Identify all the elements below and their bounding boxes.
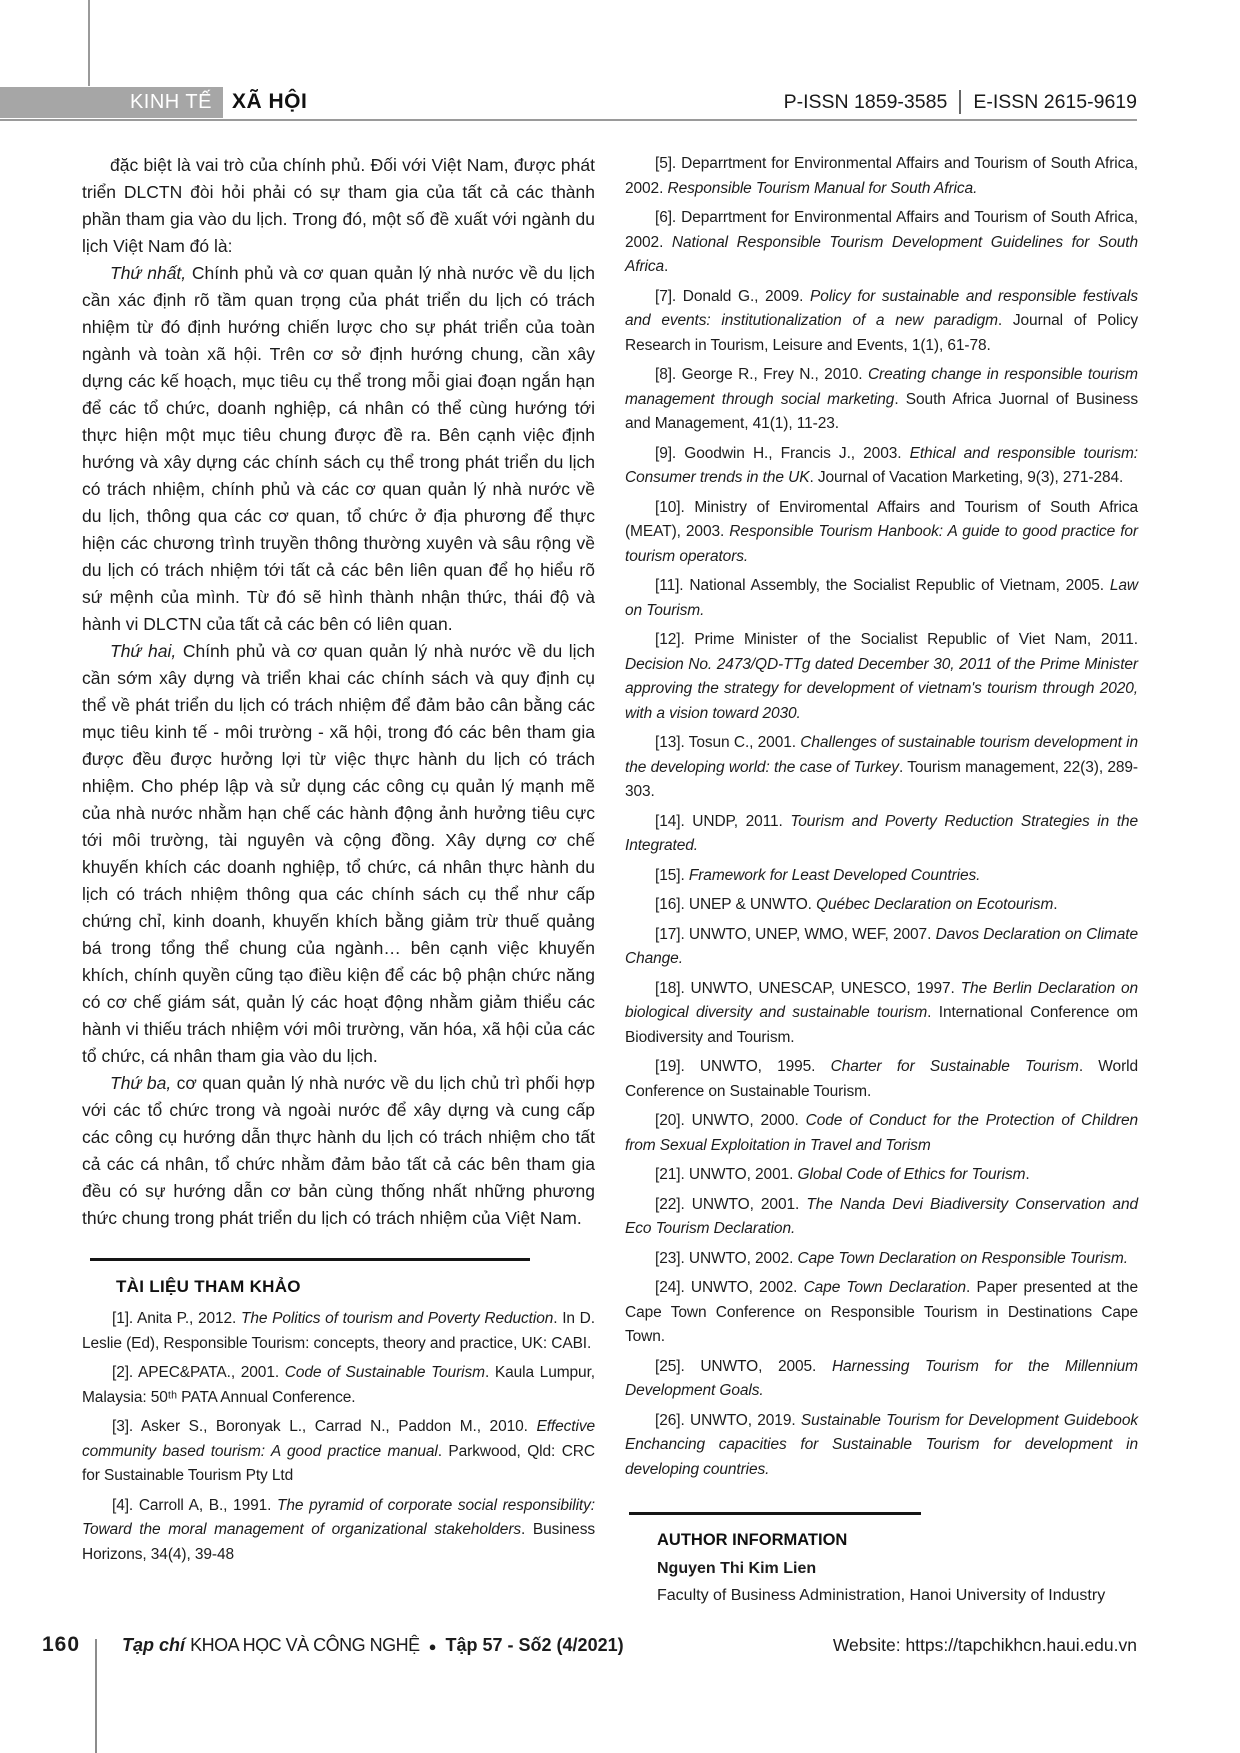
reference-item: [5]. Deparrtment for Environmental Affai… bbox=[625, 152, 1138, 201]
footer-website: Website: https://tapchikhcn.haui.edu.vn bbox=[833, 1635, 1137, 1656]
reference-item: [15]. Framework for Least Developed Coun… bbox=[625, 864, 1138, 889]
reference-item: [19]. UNWTO, 1995. Charter for Sustainab… bbox=[625, 1055, 1138, 1104]
journal-name: KHOA HỌC VÀ CÔNG NGHỆ bbox=[190, 1635, 420, 1655]
footer-margin-rule bbox=[95, 1639, 97, 1753]
body-paragraph: Thứ hai, Chính phủ và cơ quan quản lý nh… bbox=[82, 638, 595, 1070]
journal-page: KINH TẾXÃ HỘI P-ISSN 1859-3585 E-ISSN 26… bbox=[0, 0, 1240, 1753]
p-issn-label: P-ISSN 1859-3585 bbox=[784, 91, 948, 114]
reference-item: [7]. Donald G., 2009. Policy for sustain… bbox=[625, 285, 1138, 359]
reference-item: [4]. Carroll A, B., 1991. The pyramid of… bbox=[82, 1494, 595, 1568]
page-number: 160 bbox=[42, 1633, 80, 1657]
body-paragraph: đặc biệt là vai trò của chính phủ. Đối v… bbox=[82, 152, 595, 260]
references-list-left: [1]. Anita P., 2012. The Politics of tou… bbox=[82, 1307, 595, 1567]
reference-item: [8]. George R., Frey N., 2010. Creating … bbox=[625, 363, 1138, 437]
journal-prefix: Tạp chí bbox=[122, 1635, 185, 1655]
reference-item: [6]. Deparrtment for Environmental Affai… bbox=[625, 206, 1138, 280]
body-paragraph: Thứ nhất, Chính phủ và cơ quan quản lý n… bbox=[82, 260, 595, 638]
reference-item: [14]. UNDP, 2011. Tourism and Poverty Re… bbox=[625, 810, 1138, 859]
page-footer: 160 Tạp chí KHOA HỌC VÀ CÔNG NGHỆ ● Tập … bbox=[42, 1633, 1137, 1657]
left-column: đặc biệt là vai trò của chính phủ. Đối v… bbox=[82, 152, 595, 1605]
header-rule bbox=[0, 119, 1137, 121]
reference-item: [22]. UNWTO, 2001. The Nanda Devi Biadiv… bbox=[625, 1193, 1138, 1242]
website-url: https://tapchikhcn.haui.edu.vn bbox=[905, 1635, 1137, 1655]
references-list-right: [5]. Deparrtment for Environmental Affai… bbox=[625, 152, 1138, 1482]
reference-item: [25]. UNWTO, 2005. Harnessing Tourism fo… bbox=[625, 1355, 1138, 1404]
author-info-heading: AUTHOR INFORMATION bbox=[657, 1531, 1138, 1550]
right-column: [5]. Deparrtment for Environmental Affai… bbox=[625, 152, 1138, 1605]
reference-item: [20]. UNWTO, 2000. Code of Conduct for t… bbox=[625, 1109, 1138, 1158]
journal-title-line: Tạp chí KHOA HỌC VÀ CÔNG NGHỆ ● Tập 57 -… bbox=[122, 1635, 624, 1656]
issn-block: P-ISSN 1859-3585 E-ISSN 2615-9619 bbox=[784, 90, 1137, 114]
section-label-xa-hoi: XÃ HỘI bbox=[232, 90, 307, 113]
author-information-section: AUTHOR INFORMATION Nguyen Thi Kim Lien F… bbox=[625, 1512, 1138, 1605]
two-column-body: đặc biệt là vai trò của chính phủ. Đối v… bbox=[82, 152, 1138, 1605]
reference-item: [16]. UNEP & UNWTO. Québec Declaration o… bbox=[625, 893, 1138, 918]
top-margin-rule bbox=[88, 0, 90, 86]
section-labels: KINH TẾXÃ HỘI bbox=[0, 87, 307, 118]
references-divider bbox=[90, 1258, 530, 1261]
reference-item: [13]. Tosun C., 2001. Challenges of sust… bbox=[625, 731, 1138, 805]
e-issn-label: E-ISSN 2615-9619 bbox=[973, 91, 1137, 114]
journal-issue: Tập 57 - Số2 (4/2021) bbox=[446, 1635, 624, 1655]
reference-item: [21]. UNWTO, 2001. Global Code of Ethics… bbox=[625, 1163, 1138, 1188]
reference-item: [3]. Asker S., Boronyak L., Carrad N., P… bbox=[82, 1415, 595, 1489]
reference-item: [10]. Ministry of Enviromental Affairs a… bbox=[625, 496, 1138, 570]
page-header: KINH TẾXÃ HỘI P-ISSN 1859-3585 E-ISSN 26… bbox=[0, 86, 1137, 118]
reference-item: [23]. UNWTO, 2002. Cape Town Declaration… bbox=[625, 1247, 1138, 1272]
body-paragraph: Thứ ba, cơ quan quản lý nhà nước về du l… bbox=[82, 1070, 595, 1232]
reference-item: [1]. Anita P., 2012. The Politics of tou… bbox=[82, 1307, 595, 1356]
references-heading: TÀI LIỆU THAM KHẢO bbox=[116, 1277, 595, 1297]
author-name: Nguyen Thi Kim Lien bbox=[657, 1560, 1138, 1578]
reference-item: [11]. National Assembly, the Socialist R… bbox=[625, 574, 1138, 623]
bullet-icon: ● bbox=[429, 1639, 437, 1654]
section-label-kinh-te: KINH TẾ bbox=[0, 87, 223, 118]
reference-item: [17]. UNWTO, UNEP, WMO, WEF, 2007. Davos… bbox=[625, 923, 1138, 972]
footer-left: 160 Tạp chí KHOA HỌC VÀ CÔNG NGHỆ ● Tập … bbox=[42, 1633, 624, 1657]
author-divider bbox=[629, 1512, 921, 1515]
reference-item: [24]. UNWTO, 2002. Cape Town Declaration… bbox=[625, 1276, 1138, 1350]
reference-item: [2]. APEC&PATA., 2001. Code of Sustainab… bbox=[82, 1361, 595, 1410]
reference-item: [12]. Prime Minister of the Socialist Re… bbox=[625, 628, 1138, 726]
reference-item: [9]. Goodwin H., Francis J., 2003. Ethic… bbox=[625, 442, 1138, 491]
author-affiliation: Faculty of Business Administration, Hano… bbox=[657, 1587, 1138, 1605]
article-paragraphs: đặc biệt là vai trò của chính phủ. Đối v… bbox=[82, 152, 595, 1232]
reference-item: [18]. UNWTO, UNESCAP, UNESCO, 1997. The … bbox=[625, 977, 1138, 1051]
website-label: Website: bbox=[833, 1635, 901, 1655]
issn-divider bbox=[959, 90, 961, 114]
reference-item: [26]. UNWTO, 2019. Sustainable Tourism f… bbox=[625, 1409, 1138, 1483]
